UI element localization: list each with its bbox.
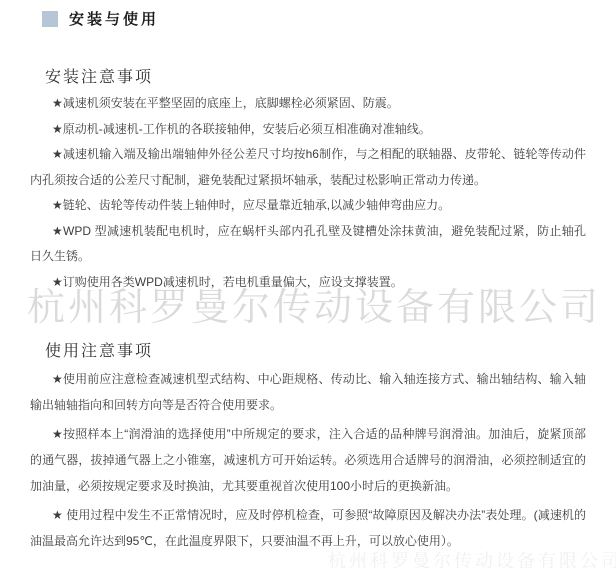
notice-paragraph: ★链轮、齿轮等传动件装上轴伸时，应尽量靠近轴承,以减少轴伸弯曲应力。	[30, 193, 586, 219]
notice-paragraph: ★ 使用过程中发生不正常情况时，应及时停机检查，可参照“故障原因及解决办法”表处…	[30, 502, 586, 554]
notice-paragraph: ★减速机须安装在平整坚固的底座上，底脚螺栓必须紧固、防震。	[30, 91, 586, 117]
page-title-row: 安装与使用	[42, 8, 159, 29]
page-title: 安装与使用	[69, 8, 159, 29]
installation-notes: ★减速机须安装在平整坚固的底座上，底脚螺栓必须紧固、防震。 ★原动机-减速机-工…	[30, 91, 586, 295]
section-heading-installation: 安装注意事项	[45, 64, 153, 87]
notice-paragraph: ★减速机输入端及输出端轴伸外径公差尺寸均按h6制作，与之相配的联轴器、皮带轮、链…	[30, 142, 586, 193]
document-page: 杭州科罗曼尔传动设备有限公司 杭州科罗曼尔传动设备有限公司 安装与使用 安装注意…	[0, 0, 616, 577]
notice-paragraph: ★使用前应注意检查减速机型式结构、中心距规格、传动比、输入轴连接方式、输出轴结构…	[30, 366, 586, 418]
section-marker-icon	[42, 11, 58, 27]
notice-paragraph: ★原动机-减速机-工作机的各联接轴伸，安装后必须互相准确对准轴线。	[30, 117, 586, 143]
notice-paragraph: ★订购使用各类WPD减速机时，若电机重量偏大，应设支撑装置。	[30, 270, 586, 296]
section-heading-usage: 使用注意事项	[45, 338, 153, 361]
usage-notes: ★使用前应注意检查减速机型式结构、中心距规格、传动比、输入轴连接方式、输出轴结构…	[30, 366, 586, 557]
notice-paragraph: ★WPD 型减速机装配电机时，应在蜗杆头部内孔孔壁及键槽处涂抹黄油，避免装配过紧…	[30, 219, 586, 270]
notice-paragraph: ★按照样本上“润滑油的选择使用”中所规定的要求，注入合适的品种牌号润滑油。加油后…	[30, 421, 586, 499]
